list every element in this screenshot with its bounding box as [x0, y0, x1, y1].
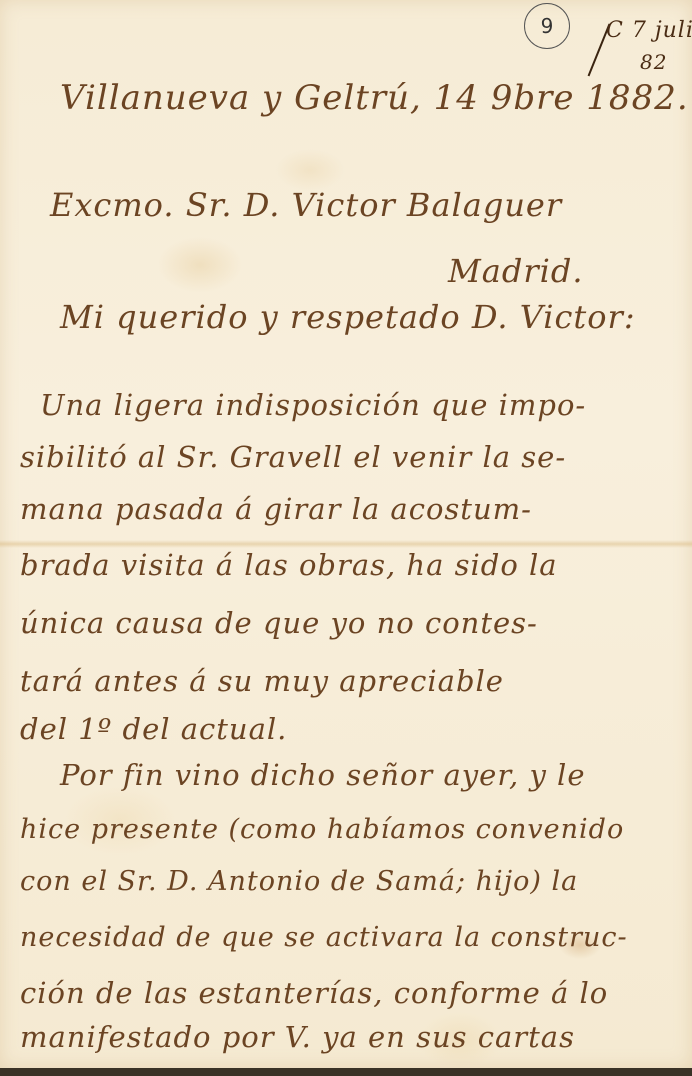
body-line: única causa de que yo no contes- [20, 606, 538, 640]
body-line: con el Sr. D. Antonio de Samá; hijo) la [20, 866, 578, 897]
body-line: Una ligera indisposición que impo- [40, 388, 586, 422]
body-line: sibilitó al Sr. Gravell el venir la se- [20, 440, 566, 474]
body-line: del 1º del actual. [20, 712, 287, 746]
salutation: Mi querido y respetado D. Victor: [60, 298, 636, 336]
body-line: tará antes á su muy apreciable [20, 664, 504, 698]
scan-bottom-edge [0, 1068, 692, 1076]
reference-note-year: 82 [640, 50, 667, 74]
body-line: Por fin vino dicho señor ayer, y le [60, 758, 585, 792]
body-line: hice presente (como habíamos convenido [20, 814, 624, 845]
body-line: mana pasada á girar la acostum- [20, 492, 532, 526]
body-line: brada visita á las obras, ha sido la [20, 548, 558, 582]
body-line: necesidad de que se activara la construc… [20, 922, 628, 953]
archive-circled-number: 9 [524, 3, 570, 49]
body-line: manifestado por V. ya en sus cartas [20, 1020, 575, 1054]
recipient-city: Madrid. [448, 252, 584, 290]
reference-note-date: C 7 julio [606, 18, 692, 43]
place-and-date: Villanueva y Geltrú, 14 9bre 1882. [60, 78, 689, 118]
paper-fold-line [0, 540, 692, 548]
letter-page: 9 C 7 julio 82 Villanueva y Geltrú, 14 9… [0, 0, 692, 1068]
recipient-name: Excmo. Sr. D. Victor Balaguer [50, 186, 562, 224]
body-line: ción de las estanterías, conforme á lo [20, 976, 608, 1010]
